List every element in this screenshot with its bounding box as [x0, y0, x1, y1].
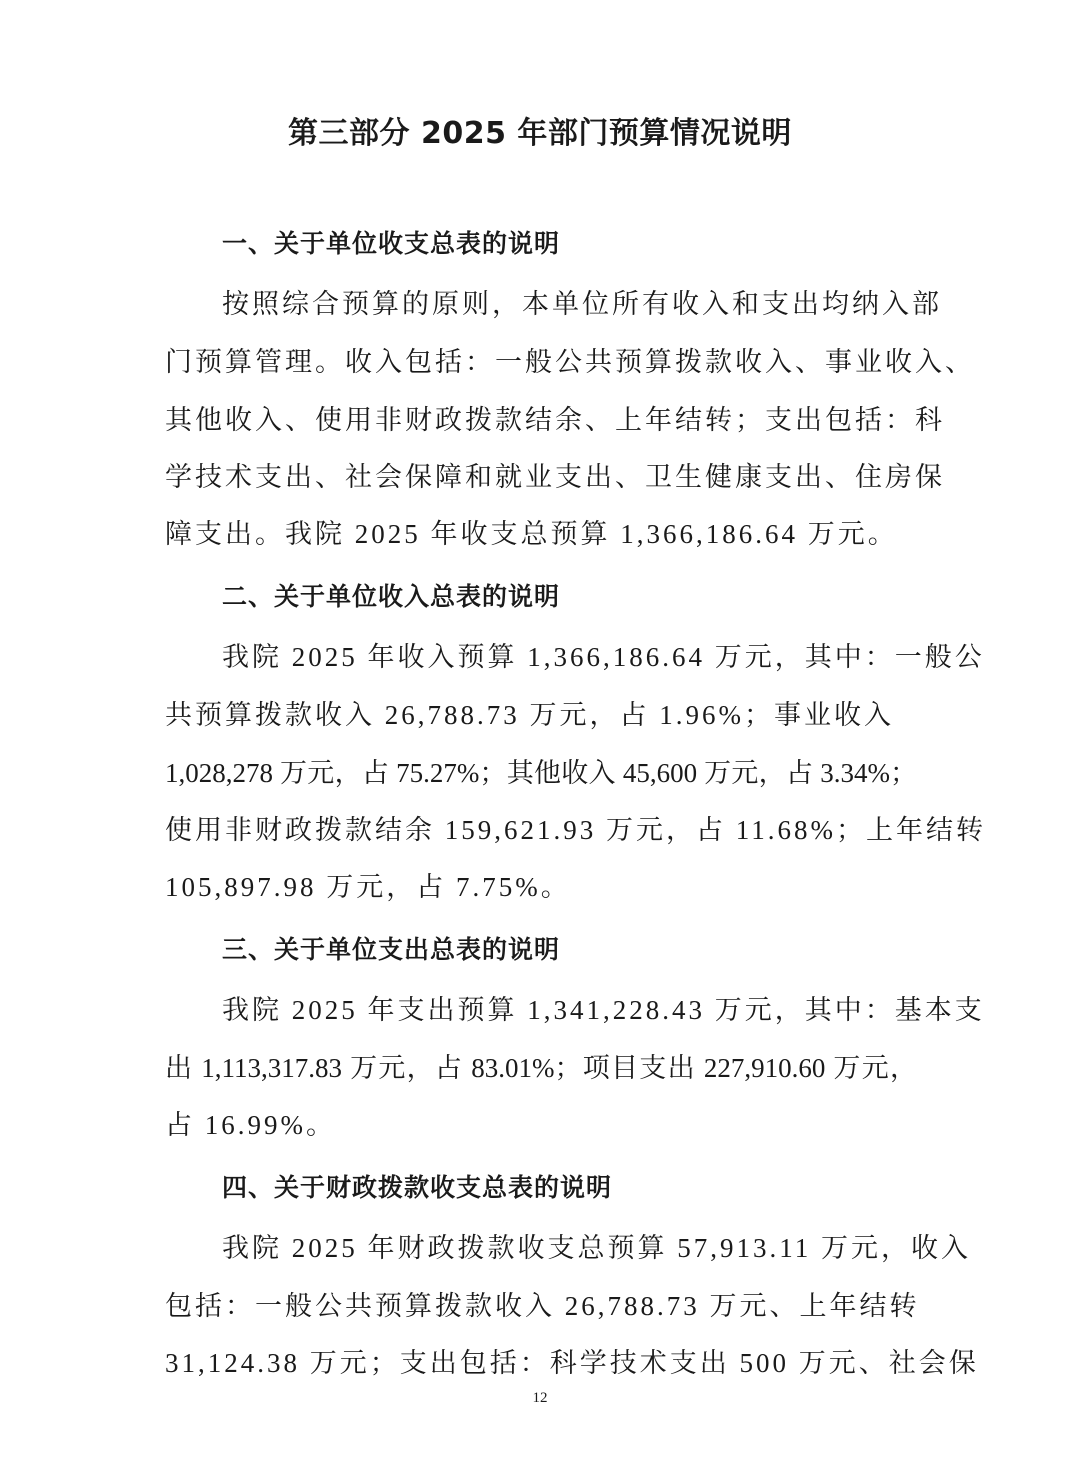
page-number: 12 [0, 1390, 1080, 1407]
paragraph-line: 门预算管理。收入包括：一般公共预算拨款收入、事业收入、 [165, 340, 917, 379]
paragraph-line: 障支出。我院 2025 年收支总预算 1,366,186.64 万元。 [165, 512, 898, 551]
paragraph-line: 学技术支出、社会保障和就业支出、卫生健康支出、住房保 [165, 455, 917, 494]
paragraph-line: 共预算拨款收入 26,788.73 万元，占 1.96%；事业收入 [165, 693, 894, 732]
paragraph-line: 按照综合预算的原则，本单位所有收入和支出均纳入部 [222, 282, 917, 321]
paragraph-line: 占 16.99%。 [165, 1103, 336, 1142]
paragraph-line: 其他收入、使用非财政拨款结余、上年结转；支出包括：科 [165, 398, 917, 437]
paragraph-line: 出 1,113,317.83 万元，占 83.01%；项目支出 227,910.… [165, 1046, 917, 1085]
paragraph-line: 我院 2025 年收入预算 1,366,186.64 万元，其中：一般公 [222, 635, 917, 674]
paragraph-line: 1,028,278 万元，占 75.27%；其他收入 45,600 万元，占 3… [165, 751, 917, 790]
section-heading-2: 二、关于单位收入总表的说明 [222, 577, 560, 613]
paragraph-line: 使用非财政拨款结余 159,621.93 万元，占 11.68%；上年结转 [165, 808, 917, 847]
paragraph-line: 我院 2025 年财政拨款收支总预算 57,913.11 万元，收入 [222, 1226, 917, 1265]
paragraph-line: 31,124.38 万元；支出包括：科学技术支出 500 万元、社会保 [165, 1341, 917, 1380]
paragraph-line: 包括：一般公共预算拨款收入 26,788.73 万元、上年结转 [165, 1284, 920, 1323]
paragraph-line: 我院 2025 年支出预算 1,341,228.43 万元，其中：基本支 [222, 988, 917, 1027]
paragraph-line: 105,897.98 万元，占 7.75%。 [165, 865, 571, 904]
section-heading-4: 四、关于财政拨款收支总表的说明 [222, 1168, 612, 1204]
document-page: 第三部分 2025 年部门预算情况说明 一、关于单位收支总表的说明 按照综合预算… [0, 0, 1080, 1484]
section-heading-1: 一、关于单位收支总表的说明 [222, 224, 560, 260]
page-title: 第三部分 2025 年部门预算情况说明 [0, 108, 1080, 152]
section-heading-3: 三、关于单位支出总表的说明 [222, 930, 560, 966]
